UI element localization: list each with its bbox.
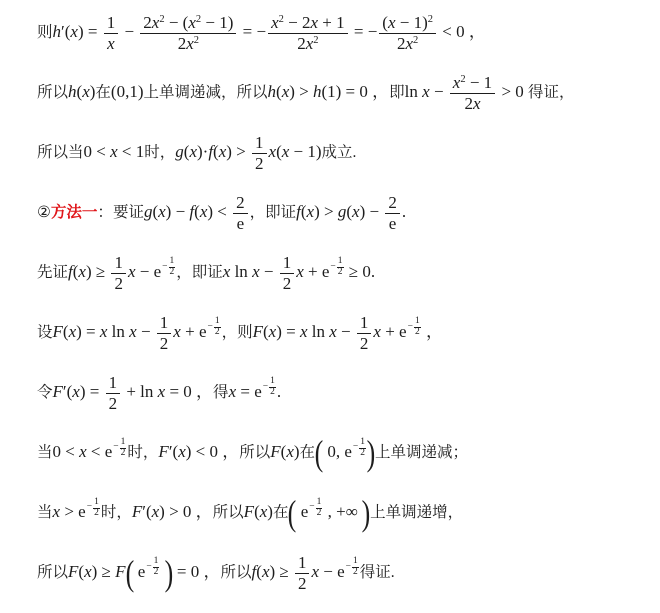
math-text: 得	[213, 384, 229, 401]
exponent-fraction: 12	[169, 257, 176, 278]
method-label: 方法一	[51, 204, 98, 221]
line-content: 先证f(x) ≥ 12x − e−12，即证x ln x − 12x + e−1…	[37, 253, 375, 293]
math-variable: x	[406, 34, 414, 53]
exponent-fraction: 12	[93, 498, 100, 519]
math-text: 令	[37, 384, 53, 401]
math-text: 时，	[144, 144, 175, 161]
math-variable: F	[115, 562, 125, 581]
fraction-denominator: 2x2	[395, 34, 420, 54]
math-roman: 0 <	[53, 442, 80, 461]
math-roman: = 0 ，	[173, 562, 221, 581]
fraction-denominator: 2	[253, 154, 266, 174]
exponent-sign: −	[346, 563, 351, 573]
math-roman: ) < 0 ，	[186, 442, 240, 461]
math-roman: ) =	[80, 382, 104, 401]
math-power: e−12	[344, 442, 366, 461]
math-variable: x	[271, 13, 279, 32]
fraction-denominator: 2	[107, 394, 120, 414]
math-roman: >	[60, 502, 78, 521]
math-text: 即	[389, 84, 405, 101]
math-variable: x	[70, 22, 78, 41]
math-roman: ) ≥	[269, 562, 293, 581]
power-base: e	[322, 262, 330, 281]
math-roman: )·	[197, 142, 208, 161]
fraction-numerator: 1	[106, 373, 121, 394]
exponent-denominator: 2	[153, 568, 160, 578]
math-power: e−12	[199, 322, 221, 341]
math-roman: + ln	[122, 382, 158, 401]
math-text: ，则	[222, 324, 253, 341]
fraction-denominator: 2	[158, 334, 171, 354]
fraction-denominator: e	[387, 214, 399, 234]
power-exponent: −12	[309, 498, 322, 519]
math-roman: − (	[165, 13, 189, 32]
math-roman: ) >	[226, 142, 250, 161]
math-roman: ) >	[314, 202, 338, 221]
math-variable: h	[68, 82, 77, 101]
math-text: 得证.	[360, 564, 395, 581]
exponent-denominator: 2	[269, 388, 276, 398]
big-paren-icon: )	[362, 498, 371, 529]
math-text: 成立.	[322, 144, 357, 161]
exponent-denominator: 2	[120, 449, 127, 459]
math-roman: > 0	[497, 82, 528, 101]
math-roman: −	[120, 22, 138, 41]
exponent-fraction: 12	[414, 317, 421, 338]
math-variable: x	[311, 562, 319, 581]
math-variable: x	[296, 262, 304, 281]
math-roman: +	[181, 322, 199, 341]
math-roman: 0 <	[84, 142, 111, 161]
math-line-10: 所以F(x) ≥ F( e−12 ) = 0 ，所以f(x) ≥ 12x − e…	[37, 543, 660, 603]
math-roman: +	[304, 262, 322, 281]
math-line-5: 先证f(x) ≥ 12x − e−12，即证x ln x − 12x + e−1…	[37, 243, 660, 303]
power-exponent: −12	[146, 557, 159, 578]
math-roman: 2	[160, 334, 169, 353]
big-paren-icon: )	[164, 558, 173, 589]
power-exponent: −12	[330, 257, 343, 278]
math-roman: 2	[388, 193, 397, 212]
math-fraction: 12	[357, 313, 372, 353]
fraction-numerator: x2 − 2x + 1	[268, 13, 348, 34]
math-text: 在	[273, 504, 289, 521]
power-exponent: −12	[408, 317, 421, 338]
exponent-sign: −	[146, 563, 151, 573]
exponent-sign: −	[309, 503, 314, 513]
power-base: e	[138, 562, 146, 581]
math-roman: − 1)	[396, 13, 428, 32]
power-exponent: −12	[162, 257, 175, 278]
math-variable: x	[158, 202, 166, 221]
big-paren-icon: )	[367, 438, 376, 469]
math-power: e−12	[138, 562, 160, 581]
exponent-sign: −	[207, 323, 212, 333]
math-variable: F	[253, 322, 263, 341]
math-text: 所以	[239, 444, 270, 461]
fraction-denominator: 2x	[462, 94, 482, 114]
exponent-sign: −	[353, 443, 358, 453]
math-text: 先证	[37, 264, 68, 281]
math-roman: <	[87, 442, 105, 461]
math-variable: x	[388, 13, 396, 32]
fraction-numerator: 1	[157, 313, 172, 334]
math-roman: (1) = 0 ，	[321, 82, 389, 101]
power-base: e	[78, 502, 86, 521]
fraction-numerator: 1	[280, 253, 295, 274]
power-base: e	[254, 382, 262, 401]
math-roman: −	[137, 322, 155, 341]
math-text: ，即证	[176, 264, 223, 281]
math-text: 要证	[113, 204, 144, 221]
power-base: e	[344, 442, 352, 461]
math-variable: x	[84, 562, 92, 581]
fraction-numerator: 2	[233, 193, 248, 214]
math-power: e−12	[301, 502, 323, 521]
math-variable: x	[329, 322, 337, 341]
math-variable: x	[129, 322, 137, 341]
math-roman: ln	[230, 262, 252, 281]
math-superscript: 2	[194, 35, 199, 46]
exponent-denominator: 2	[337, 268, 344, 278]
big-paren-icon: (	[315, 438, 324, 469]
line-content: 令F′(x) = 12 + ln x = 0 ，得x = e−12.	[37, 373, 281, 413]
math-roman: − 2	[284, 13, 311, 32]
math-variable: x	[300, 322, 308, 341]
fraction-numerator: 2	[385, 193, 400, 214]
math-power: e−12	[78, 502, 100, 521]
math-roman: ′(	[169, 442, 178, 461]
exponent-denominator: 2	[359, 449, 366, 459]
exponent-fraction: 12	[352, 557, 359, 578]
power-base: e	[105, 442, 113, 461]
exponent-fraction: 12	[214, 317, 221, 338]
math-line-7: 令F′(x) = 12 + ln x = 0 ，得x = e−12.	[37, 363, 660, 423]
math-roman: −	[319, 562, 337, 581]
power-exponent: −12	[113, 438, 126, 459]
fraction-denominator: 2x2	[295, 34, 320, 54]
math-roman: ′(	[61, 22, 70, 41]
math-text: ：	[97, 204, 113, 221]
math-variable: x	[173, 322, 181, 341]
math-roman: ) =	[276, 322, 300, 341]
math-variable: h	[53, 22, 62, 41]
math-roman: ) =	[78, 22, 102, 41]
exponent-sign: −	[408, 323, 413, 333]
exponent-denominator: 2	[414, 328, 421, 338]
math-roman: 2	[283, 274, 292, 293]
math-roman: ln	[308, 322, 330, 341]
math-roman: ′(	[142, 502, 151, 521]
fraction-denominator: 2	[296, 574, 309, 594]
math-roman: (0,1)	[111, 82, 144, 101]
exponent-fraction: 12	[153, 557, 160, 578]
math-document: 则h′(x) = 1x − 2x2 − (x2 − 1)2x2 = −x2 − …	[0, 0, 660, 603]
line-content: 设F(x) = x ln x − 12x + e−12，则F(x) = x ln…	[37, 313, 443, 353]
fraction-numerator: (x − 1)2	[379, 13, 436, 34]
math-text: 时，	[127, 444, 158, 461]
math-roman: ) ≥	[92, 562, 116, 581]
math-fraction: 12	[111, 253, 126, 293]
fraction-numerator: 1	[295, 553, 310, 574]
power-exponent: −12	[87, 498, 100, 519]
math-variable: x	[107, 34, 115, 53]
math-text: 当	[37, 444, 53, 461]
exponent-fraction: 12	[316, 498, 323, 519]
math-roman: − 1	[466, 73, 493, 92]
math-roman: ) > 0 ，	[159, 502, 213, 521]
line-content: 则h′(x) = 1x − 2x2 − (x2 − 1)2x2 = −x2 − …	[37, 13, 486, 53]
math-variable: x	[422, 82, 430, 101]
math-roman: e	[237, 214, 245, 233]
math-variable: x	[473, 94, 481, 113]
math-roman: = −	[238, 22, 266, 41]
math-roman: 1	[160, 313, 169, 332]
math-roman: 1	[360, 313, 369, 332]
exponent-fraction: 12	[337, 257, 344, 278]
big-paren-icon: (	[125, 558, 134, 589]
fraction-denominator: 2	[281, 274, 294, 294]
math-text: 时，	[101, 504, 132, 521]
fraction-denominator: 2	[358, 334, 371, 354]
math-fraction: 12	[295, 553, 310, 593]
math-roman: −	[136, 262, 154, 281]
line-content: ②方法一：要证g(x) − f(x) < 2e，即证f(x) > g(x) − …	[37, 193, 406, 233]
math-fraction: 2e	[385, 193, 400, 233]
exponent-sign: −	[87, 503, 92, 513]
math-roman: ) −	[166, 202, 190, 221]
exponent-sign: −	[162, 263, 167, 273]
math-power: e−12	[322, 262, 344, 281]
math-roman: .	[277, 382, 281, 401]
fraction-numerator: 1	[104, 13, 119, 34]
math-roman: ) ≥	[86, 262, 110, 281]
math-roman: ) <	[207, 202, 231, 221]
math-roman: ln	[107, 322, 129, 341]
exponent-fraction: 12	[269, 377, 276, 398]
math-fraction: x2 − 2x + 12x2	[268, 13, 348, 53]
math-roman: ′(	[63, 382, 72, 401]
math-text: 上单调递增，	[370, 504, 463, 521]
math-variable: F	[270, 442, 280, 461]
math-power: e−12	[154, 262, 176, 281]
math-text: 上单调递减，所以	[144, 84, 268, 101]
fraction-numerator: 1	[357, 313, 372, 334]
math-fraction: 12	[280, 253, 295, 293]
math-variable: x	[352, 202, 360, 221]
math-roman: ≥ 0.	[345, 262, 376, 281]
math-line-8: 当0 < x < e−12时，F′(x) < 0 ，所以F(x)在( 0, e−…	[37, 423, 660, 483]
fraction-numerator: x2 − 1	[450, 73, 495, 94]
math-roman: = 0 ，	[165, 382, 213, 401]
line-content: 当0 < x < e−12时，F′(x) < 0 ，所以F(x)在( 0, e−…	[37, 437, 468, 468]
power-exponent: −12	[263, 377, 276, 398]
exponent-sign: −	[113, 443, 118, 453]
fraction-denominator: x	[105, 34, 117, 54]
math-line-6: 设F(x) = x ln x − 12x + e−12，则F(x) = x ln…	[37, 303, 660, 363]
math-text: ，即证	[250, 204, 297, 221]
math-variable: g	[175, 142, 184, 161]
math-variable: x	[82, 82, 90, 101]
math-variable: x	[128, 262, 136, 281]
math-roman: .	[402, 202, 406, 221]
math-variable: x	[53, 502, 61, 521]
math-fraction: 12	[157, 313, 172, 353]
math-roman: 1	[298, 553, 307, 572]
math-roman: 2	[236, 193, 245, 212]
math-roman: 2	[397, 34, 406, 53]
fraction-numerator: 1	[111, 253, 126, 274]
power-exponent: −12	[207, 317, 220, 338]
exponent-fraction: 12	[120, 438, 127, 459]
exponent-denominator: 2	[169, 268, 176, 278]
math-fraction: 1x	[104, 13, 119, 53]
exponent-fraction: 12	[359, 438, 366, 459]
math-text: 所以	[37, 84, 68, 101]
math-line-2: 所以h(x)在(0,1)上单调递减，所以h(x) > h(1) = 0 ，即ln…	[37, 63, 660, 123]
math-text: 当	[37, 504, 53, 521]
line-content: 当x > e−12时，F′(x) > 0 ，所以F(x)在( e−12 , +∞…	[37, 497, 463, 528]
math-variable: x	[229, 382, 237, 401]
math-variable: x	[189, 142, 197, 161]
math-variable: x	[188, 13, 196, 32]
math-text: 上单调递减；	[375, 444, 468, 461]
math-roman: 1	[107, 13, 116, 32]
math-line-1: 则h′(x) = 1x − 2x2 − (x2 − 1)2x2 = −x2 − …	[37, 3, 660, 63]
math-fraction: 2e	[233, 193, 248, 233]
math-variable: x	[72, 382, 80, 401]
math-roman: 0,	[323, 442, 344, 461]
math-variable: x	[78, 262, 86, 281]
math-fraction: 12	[252, 133, 267, 173]
math-roman: 2	[109, 394, 118, 413]
math-roman: e	[389, 214, 397, 233]
math-superscript: 2	[313, 35, 318, 46]
math-roman: + 1	[318, 13, 345, 32]
math-roman: ，	[422, 322, 443, 341]
math-roman: ln	[405, 82, 422, 101]
math-roman: −	[260, 262, 278, 281]
power-base: e	[301, 502, 309, 521]
math-fraction: 12	[106, 373, 121, 413]
math-roman: − 1)	[201, 13, 233, 32]
math-roman: < 0 ，	[438, 22, 486, 41]
exponent-denominator: 2	[352, 568, 359, 578]
math-text: 得证，	[528, 84, 575, 101]
math-power: e−12	[105, 442, 127, 461]
math-variable: x	[286, 442, 294, 461]
math-fraction: (x − 1)22x2	[379, 13, 436, 53]
math-text: 设	[37, 324, 53, 341]
math-roman: 1	[283, 253, 292, 272]
big-paren-icon: (	[288, 498, 297, 529]
math-power: e−12	[399, 322, 421, 341]
math-text: 在	[300, 444, 316, 461]
fraction-denominator: e	[235, 214, 247, 234]
math-variable: x	[310, 13, 318, 32]
math-variable: x	[69, 322, 77, 341]
math-variable: F	[68, 562, 78, 581]
exponent-denominator: 2	[93, 509, 100, 519]
exponent-denominator: 2	[214, 328, 221, 338]
math-roman: 2	[178, 34, 187, 53]
math-variable: F	[53, 322, 63, 341]
math-line-9: 当x > e−12时，F′(x) > 0 ，所以F(x)在( e−12 , +∞…	[37, 483, 660, 543]
line-content: 所以F(x) ≥ F( e−12 ) = 0 ，所以f(x) ≥ 12x − e…	[37, 553, 395, 593]
math-variable: x	[373, 322, 381, 341]
power-base: e	[154, 262, 162, 281]
math-variable: x	[79, 442, 87, 461]
exponent-sign: −	[330, 263, 335, 273]
math-line-4: ②方法一：要证g(x) − f(x) < 2e，即证f(x) > g(x) − …	[37, 183, 660, 243]
math-roman: = −	[350, 22, 378, 41]
math-text: ②	[37, 204, 51, 221]
math-variable: x	[178, 442, 186, 461]
math-roman: +	[381, 322, 399, 341]
math-variable: F	[244, 502, 254, 521]
math-fraction: x2 − 12x	[450, 73, 495, 113]
math-roman: ) >	[289, 82, 313, 101]
math-text: 所以	[213, 504, 244, 521]
line-content: 所以当0 < x < 1时，g(x)·f(x) > 12x(x − 1)成立.	[37, 133, 356, 173]
math-variable: F	[132, 502, 142, 521]
math-roman: 1	[255, 133, 264, 152]
math-roman: , +∞	[323, 502, 362, 521]
math-variable: h	[268, 82, 277, 101]
math-text: 所以	[37, 564, 68, 581]
math-variable: x	[186, 34, 194, 53]
math-roman: −	[430, 82, 448, 101]
math-roman: =	[236, 382, 254, 401]
math-superscript: 2	[413, 35, 418, 46]
power-exponent: −12	[353, 438, 366, 459]
exponent-sign: −	[263, 383, 268, 393]
math-roman: 2	[464, 94, 473, 113]
math-roman: 2	[143, 13, 152, 32]
math-roman: 2	[298, 574, 307, 593]
math-roman: 1	[114, 253, 123, 272]
math-roman: 2	[360, 334, 369, 353]
fraction-numerator: 2x2 − (x2 − 1)	[140, 13, 236, 34]
math-superscript: 2	[428, 14, 433, 25]
power-exponent: −12	[346, 557, 359, 578]
math-roman: 2	[297, 34, 306, 53]
math-roman: −	[337, 322, 355, 341]
math-roman: 1	[109, 373, 118, 392]
math-variable: x	[110, 142, 118, 161]
math-text: 所以	[221, 564, 252, 581]
math-text: 在	[95, 84, 111, 101]
line-content: 所以h(x)在(0,1)上单调递减，所以h(x) > h(1) = 0 ，即ln…	[37, 73, 575, 113]
math-line-3: 所以当0 < x < 1时，g(x)·f(x) > 12x(x − 1)成立.	[37, 123, 660, 183]
power-base: e	[337, 562, 345, 581]
math-variable: F	[53, 382, 63, 401]
math-roman: ) −	[360, 202, 384, 221]
math-roman: < 1	[118, 142, 145, 161]
math-variable: x	[307, 202, 315, 221]
math-text: 所以当	[37, 144, 84, 161]
math-text: 则	[37, 24, 53, 41]
fraction-numerator: 1	[252, 133, 267, 154]
math-variable: F	[158, 442, 168, 461]
math-roman: ) =	[76, 322, 100, 341]
math-variable: x	[269, 142, 277, 161]
fraction-denominator: 2	[112, 274, 125, 294]
math-power: e−12	[337, 562, 359, 581]
math-power: e−12	[254, 382, 276, 401]
fraction-denominator: 2x2	[176, 34, 201, 54]
power-base: e	[199, 322, 207, 341]
math-roman: − 1)	[289, 142, 321, 161]
